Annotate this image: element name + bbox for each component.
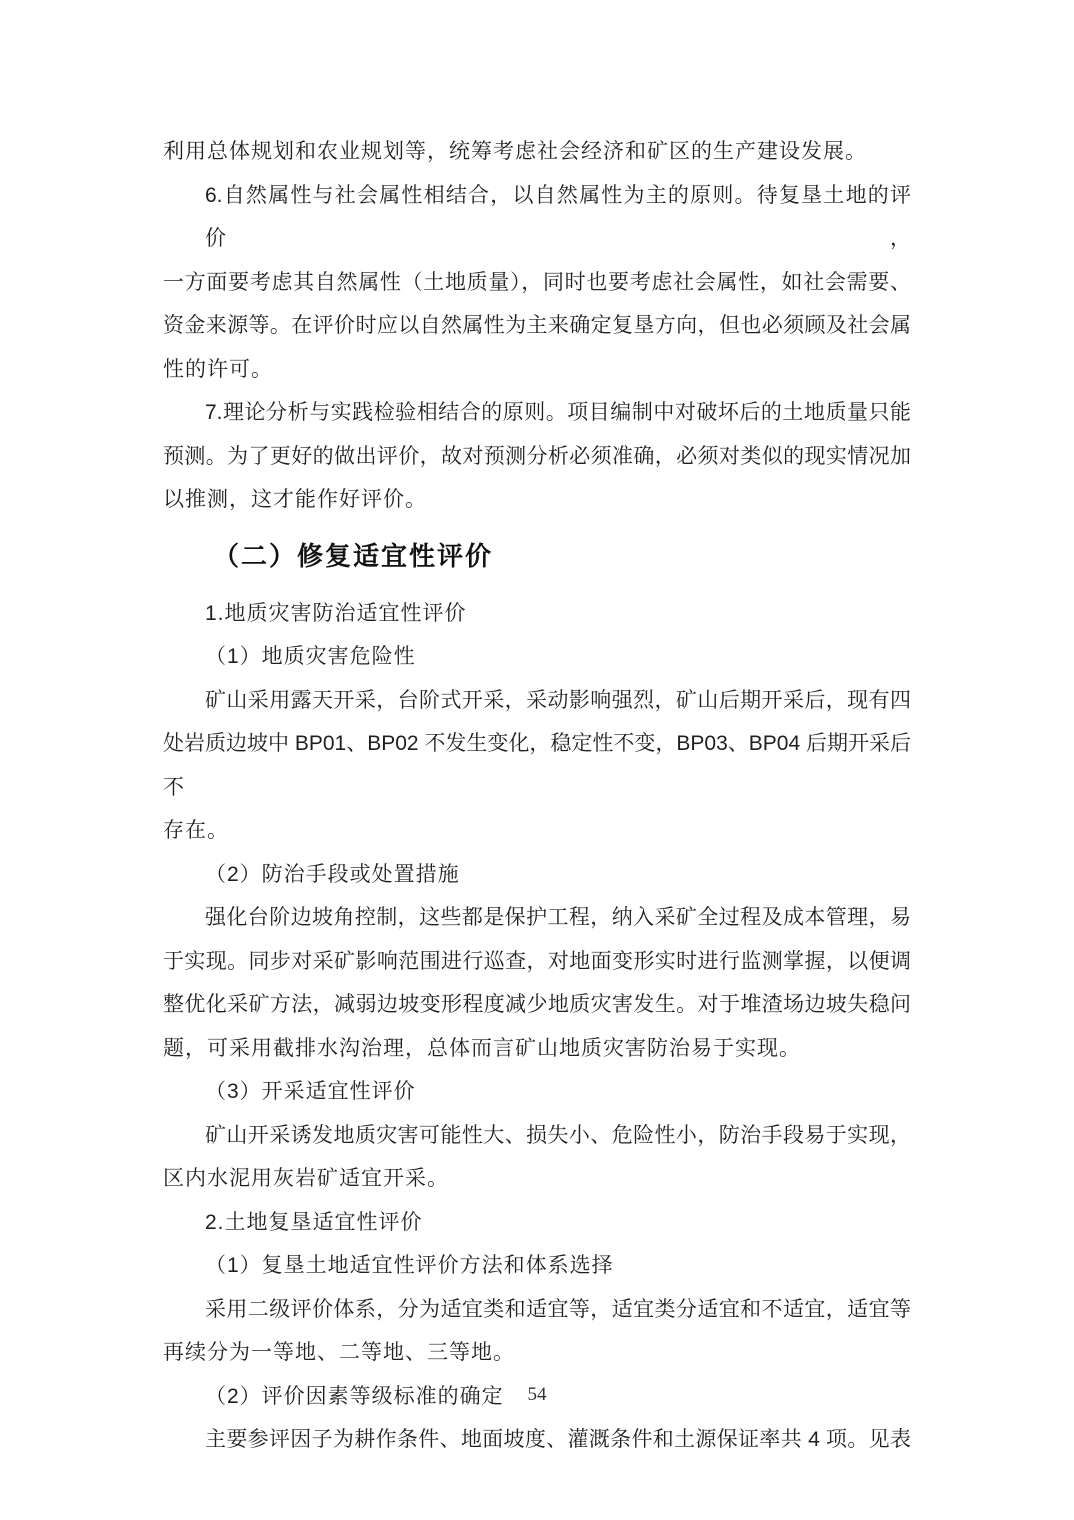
text-line: 整优化采矿方法，减弱边坡变形程度减少地质灾害发生。对于堆渣场边坡失稳问 xyxy=(163,983,911,1027)
document-page: 利用总体规划和农业规划等，统筹考虑社会经济和矿区的生产建设发展。6.自然属性与社… xyxy=(0,0,1074,1520)
text-line: 主要参评因子为耕作条件、地面坡度、灌溉条件和土源保证率共 4 项。见表 xyxy=(163,1418,911,1462)
text-line: （3）开采适宜性评价 xyxy=(163,1070,911,1114)
text-line: 2.土地复垦适宜性评价 xyxy=(163,1201,911,1245)
text-line: 采用二级评价体系，分为适宜类和适宜等，适宜类分适宜和不适宜，适宜等 xyxy=(163,1288,911,1332)
section-heading: （二）修复适宜性评价 xyxy=(163,534,911,578)
text-line: 以推测，这才能作好评价。 xyxy=(163,478,911,522)
text-line: 处岩质边坡中 BP01、BP02 不发生变化，稳定性不变，BP03、BP04 后… xyxy=(163,722,911,809)
text-line: 题，可采用截排水沟治理，总体而言矿山地质灾害防治易于实现。 xyxy=(163,1027,911,1071)
text-line: 利用总体规划和农业规划等，统筹考虑社会经济和矿区的生产建设发展。 xyxy=(163,130,911,174)
text-line: 7.理论分析与实践检验相结合的原则。项目编制中对破坏后的土地质量只能 xyxy=(163,391,911,435)
text-line: 矿山采用露天开采，台阶式开采，采动影响强烈，矿山后期开采后，现有四 xyxy=(163,679,911,723)
text-line: 存在。 xyxy=(163,809,911,853)
text-line: 性的许可。 xyxy=(163,348,911,392)
text-line: 6.自然属性与社会属性相结合，以自然属性为主的原则。待复垦土地的评价， xyxy=(163,174,911,261)
page-number: 54 xyxy=(0,1384,1074,1406)
text-line: 强化台阶边坡角控制，这些都是保护工程，纳入采矿全过程及成本管理，易 xyxy=(163,896,911,940)
text-line: 资金来源等。在评价时应以自然属性为主来确定复垦方向，但也必须顾及社会属 xyxy=(163,304,911,348)
text-line: （1）地质灾害危险性 xyxy=(163,635,911,679)
text-line: （2）防治手段或处置措施 xyxy=(163,853,911,897)
text-line: 于实现。同步对采矿影响范围进行巡查，对地面变形实时进行监测掌握，以便调 xyxy=(163,940,911,984)
text-line: 1.地质灾害防治适宜性评价 xyxy=(163,592,911,636)
document-content: 利用总体规划和农业规划等，统筹考虑社会经济和矿区的生产建设发展。6.自然属性与社… xyxy=(163,130,911,1462)
text-line: 一方面要考虑其自然属性（土地质量），同时也要考虑社会属性，如社会需要、 xyxy=(163,261,911,305)
text-line: 预测。为了更好的做出评价，故对预测分析必须准确，必须对类似的现实情况加 xyxy=(163,435,911,479)
text-line: （1）复垦土地适宜性评价方法和体系选择 xyxy=(163,1244,911,1288)
text-line: 再续分为一等地、二等地、三等地。 xyxy=(163,1331,911,1375)
text-line: 矿山开采诱发地质灾害可能性大、损失小、危险性小，防治手段易于实现， xyxy=(163,1114,911,1158)
text-line: 区内水泥用灰岩矿适宜开采。 xyxy=(163,1157,911,1201)
